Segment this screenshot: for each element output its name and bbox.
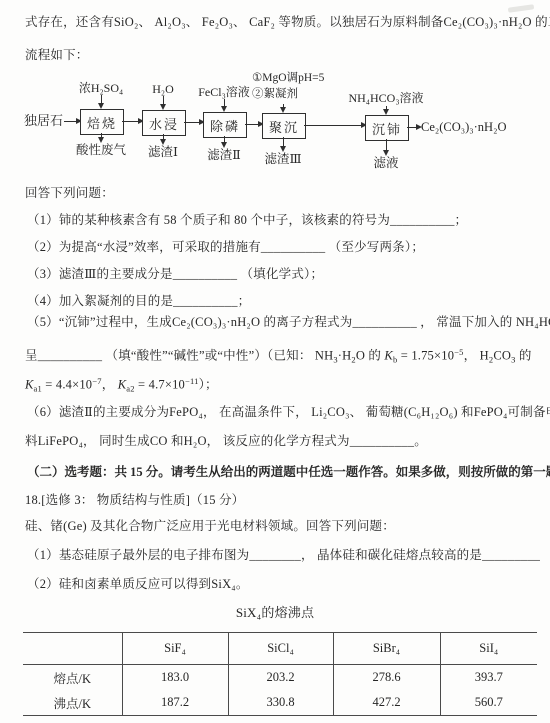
table-cell: 203.2 xyxy=(228,665,333,691)
table-row-melting: 熔点/K 183.0 203.2 278.6 393.7 xyxy=(23,665,537,691)
q18-title: 18.[选修 3： 物质结构与性质]（15 分） xyxy=(25,492,244,509)
product-label: Ce₂(CO₃)₃·nH₂O xyxy=(421,120,506,134)
input-label-nh4hco3: NH₄HCO₃溶液 xyxy=(340,91,432,105)
process-box-dephosphorize: 除磷 xyxy=(203,112,247,138)
col-header-sif4: SiF₄ xyxy=(122,633,228,665)
section-heading: （二）选考题：共 15 分。请考生从给出的两道题中任选一题作答。如果多做，则按所… xyxy=(27,464,550,481)
output-arrow xyxy=(101,133,102,141)
question-6-line-1: （6）滤渣Ⅱ的主要成分为FePO₄， 在高温条件下， Li₂CO₃、 葡萄糖(C… xyxy=(27,404,550,421)
exam-page: 式存在，还含有SiO₂、 Al₂O₃、 Fe₂O₃、 CaF₂ 等物质。以独居石… xyxy=(0,0,550,723)
input-arrow xyxy=(163,96,164,108)
output-arrow xyxy=(283,137,284,150)
input-arrow xyxy=(283,104,284,111)
flow-arrow xyxy=(245,124,262,125)
input-label-h2so4: 浓H₂SO₄ xyxy=(66,81,136,95)
q18-question-2: （2）硅和卤素单质反应可以得到SiX₄。 xyxy=(27,576,249,593)
table-cell: 278.6 xyxy=(333,665,440,691)
output-label-acid-gas: 酸性废气 xyxy=(71,143,131,157)
table-cell: 560.7 xyxy=(440,690,537,716)
input-label-flocculant: ②絮凝剂 xyxy=(252,87,324,103)
table-cell: 187.2 xyxy=(122,690,228,716)
table-row-boiling: 沸点/K 187.2 330.8 427.2 560.7 xyxy=(23,690,537,716)
output-label-residue-3: 滤渣Ⅲ xyxy=(251,152,315,166)
table-cell: 427.2 xyxy=(333,690,440,716)
table-header-row: SiF₄ SiCl₄ SiBr₄ SiI₄ xyxy=(23,633,537,665)
output-arrow xyxy=(163,134,164,143)
source-label: 独居石 xyxy=(24,114,63,128)
output-arrow xyxy=(224,136,225,146)
input-label-fecl3: FeCl₃溶液 xyxy=(186,85,262,99)
input-label-coagulation: ①MgO调pH=5 ②絮凝剂 xyxy=(252,71,324,102)
process-flow-diagram: 独居石 焙烧 浓H₂SO₄ 酸性废气 水浸 H₂O 滤渣Ⅰ 除磷 FeCl₃溶液… xyxy=(0,0,550,185)
output-label-residue-2: 滤渣Ⅱ xyxy=(194,148,254,162)
col-header-sii4: SiI₄ xyxy=(440,633,537,665)
melting-table-title: SiX₄的熔沸点 xyxy=(0,604,550,621)
question-6-line-2: 料LiFePO₄， 同时生成CO 和H₂O， 该反应的化学方程式为_______… xyxy=(25,433,427,450)
question-5-line-3: Ka1 = 4.4×10−7， Ka2 = 4.7×10−11）； xyxy=(25,373,218,398)
table-cell: 393.7 xyxy=(440,665,537,691)
question-1: （1）铈的某种核素含有 58 个质子和 80 个中子，该核素的符号为______… xyxy=(27,212,467,229)
process-box-coagulation: 聚沉 xyxy=(262,113,306,139)
table-cell: 330.8 xyxy=(228,690,333,716)
process-box-water-leach: 水浸 xyxy=(142,110,186,136)
question-5-line-2: 呈__________ （填“酸性”“碱性”或“中性”）（已知： NH3·H2O… xyxy=(25,344,532,369)
output-label-filtrate: 滤液 xyxy=(356,156,416,170)
table-corner-cell xyxy=(23,633,122,665)
output-arrow xyxy=(386,139,387,154)
flow-arrow xyxy=(407,127,420,128)
flow-arrow xyxy=(184,122,203,123)
input-label-mgo: ①MgO调pH=5 xyxy=(252,71,324,87)
flow-arrow xyxy=(122,121,142,122)
question-4: （4）加入絮凝剂的目的是__________； xyxy=(27,293,250,310)
process-box-cerium-precipitation: 沉铈 xyxy=(365,115,409,141)
col-header-sicl4: SiCl₄ xyxy=(228,633,333,665)
q18-intro: 硅、锗(Ge) 及其化合物广泛应用于光电材料领域。回答下列问题： xyxy=(25,518,395,535)
question-prompt: 回答下列问题： xyxy=(25,185,114,202)
row-label-boiling: 沸点/K xyxy=(23,690,122,716)
row-label-melting: 熔点/K xyxy=(23,665,122,691)
input-arrow xyxy=(101,95,102,107)
input-arrow xyxy=(386,106,387,113)
question-5-line-1: （5）“沉铈”过程中，生成Ce₂(CO₃)₃·nH₂O 的离子方程式为_____… xyxy=(27,314,550,331)
input-arrow xyxy=(224,99,225,110)
process-box-roasting: 焙烧 xyxy=(80,109,124,135)
q18-question-1: （1）基态硅原子最外层的电子排布图为________， 晶体硅和碳化硅熔点较高的… xyxy=(27,547,550,564)
output-label-residue-1: 滤渣Ⅰ xyxy=(133,145,193,159)
question-3: （3）滤渣Ⅲ的主要成分是__________ （填化学式）； xyxy=(27,266,323,283)
flow-arrow xyxy=(304,125,365,126)
input-label-water: H₂O xyxy=(133,82,193,96)
flow-arrow xyxy=(64,121,80,122)
table-cell: 183.0 xyxy=(122,665,228,691)
col-header-sibr4: SiBr₄ xyxy=(333,633,440,665)
question-2: （2）为提高“水浸”效率，可采取的措施有__________ （至少写两条）； xyxy=(27,239,424,256)
melting-boiling-table: SiF₄ SiCl₄ SiBr₄ SiI₄ 熔点/K 183.0 203.2 2… xyxy=(23,632,537,716)
